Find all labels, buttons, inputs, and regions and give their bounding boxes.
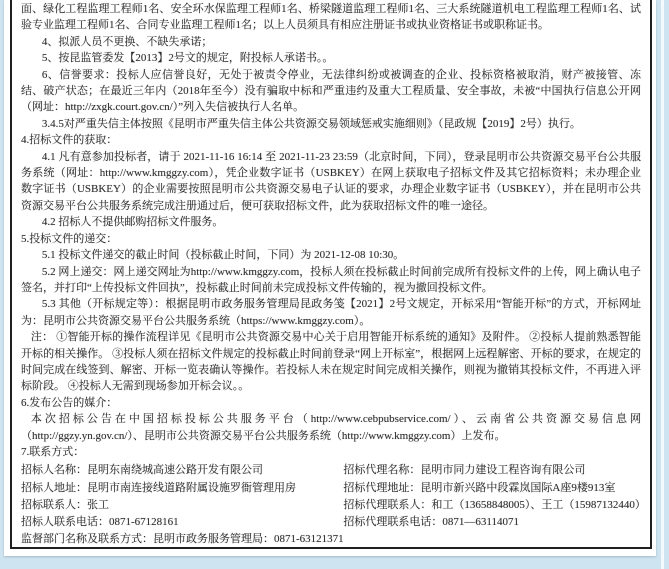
agency-contact-person: 招标代理联系人：和工（13658848005）、王工（15987132440）	[343, 497, 641, 514]
section-4-heading: 4.招标文件的获取：	[21, 132, 641, 148]
tenderer-address: 招标人地址：昆明市南连接线道路附属设施罗衙管理用房	[21, 480, 343, 497]
paragraph-3-4-5: 3.4.5对严重失信主体按照《昆明市严重失信主体公共资源交易领域惩戒实施细则》（…	[21, 116, 641, 132]
paragraph-item-4: 4、拟派人员不更换、不缺失承诺；	[21, 34, 641, 50]
paragraph-item-5: 5、按昆监管委发【2013】2号文的规定，附投标人承诺书。。	[21, 50, 641, 66]
agency-phone: 招标代理联系电话：0871—63114071	[343, 514, 641, 531]
paragraph-5-1: 5.1 投标文件递交的截止时间（投标截止时间，下同）为 2021-12-08 1…	[21, 247, 641, 263]
tenderer-phone: 招标人联系电话：0871-67128161	[21, 514, 343, 531]
section-7-heading: 7.联系方式：	[21, 444, 641, 460]
agency-address: 招标代理地址：昆明市新兴路中段霖岚国际A座9楼913室	[343, 480, 641, 497]
paragraph-5-3: 5.3 其他（开标规定等）：根据昆明市政务服务管理局昆政务笺【2021】2号文规…	[21, 296, 641, 329]
paragraph-media: 本次招标公告在中国招标投标公共服务平台（http://www.cebpubser…	[21, 411, 641, 444]
contact-row-address: 招标人地址：昆明市南连接线道路附属设施罗衙管理用房 招标代理地址：昆明市新兴路中…	[21, 480, 641, 497]
announcement-table-frame: 面、绿化工程监理工程师1名、安全环水保监理工程师1名、桥梁隧道监理工程师1名、三…	[10, 0, 652, 549]
agency-name: 招标代理名称：昆明市同力建设工程咨询有限公司	[343, 462, 641, 479]
contact-row-phone: 招标人联系电话：0871-67128161 招标代理联系电话：0871—6311…	[21, 514, 641, 531]
scanned-page: 面、绿化工程监理工程师1名、安全环水保监理工程师1名、桥梁隧道监理工程师1名、三…	[4, 0, 656, 556]
paragraph-4-2: 4.2 招标人不提供邮购招标文件服务。	[21, 214, 641, 230]
supervision-contact: 监督部门名称及联系方式：昆明市政务服务管理局：0871-63121371	[21, 531, 641, 548]
paragraph-note: 注： ①智能开标的操作流程详见《昆明市公共资源交易中心关于启用智能开标系统的通知…	[21, 329, 641, 395]
tenderer-name: 招标人名称：昆明东南绕城高速公路开发有限公司	[21, 462, 343, 479]
paragraph-item-6-credit: 6、信誉要求：投标人应信誉良好，无处于被责令停业，无法律纠纷或被调查的企业、投标…	[21, 67, 641, 116]
contact-section: 招标人名称：昆明东南绕城高速公路开发有限公司 招标代理名称：昆明市同力建设工程咨…	[12, 460, 650, 548]
section-5-heading: 5.投标文件的递交：	[21, 231, 641, 247]
page-edge-highlight	[661, 0, 664, 569]
document-viewer: 面、绿化工程监理工程师1名、安全环水保监理工程师1名、桥梁隧道监理工程师1名、三…	[0, 0, 669, 569]
tenderer-contact-person: 招标联系人：张工	[21, 497, 343, 514]
contact-row-name: 招标人名称：昆明东南绕城高速公路开发有限公司 招标代理名称：昆明市同力建设工程咨…	[21, 462, 641, 479]
section-6-heading: 6.发布公告的媒介：	[21, 395, 641, 411]
paragraph-4-1: 4.1 凡有意参加投标者，请于 2021-11-16 16:14 至 2021-…	[21, 149, 641, 215]
paragraph-continued: 面、绿化工程监理工程师1名、安全环水保监理工程师1名、桥梁隧道监理工程师1名、三…	[21, 1, 641, 34]
announcement-body: 面、绿化工程监理工程师1名、安全环水保监理工程师1名、桥梁隧道监理工程师1名、三…	[12, 0, 650, 460]
contact-row-person: 招标联系人：张工 招标代理联系人：和工（13658848005）、王工（1598…	[21, 497, 641, 514]
paragraph-5-2: 5.2 网上递交：网上递交网址为http://www.kmggzy.com，投标…	[21, 264, 641, 297]
